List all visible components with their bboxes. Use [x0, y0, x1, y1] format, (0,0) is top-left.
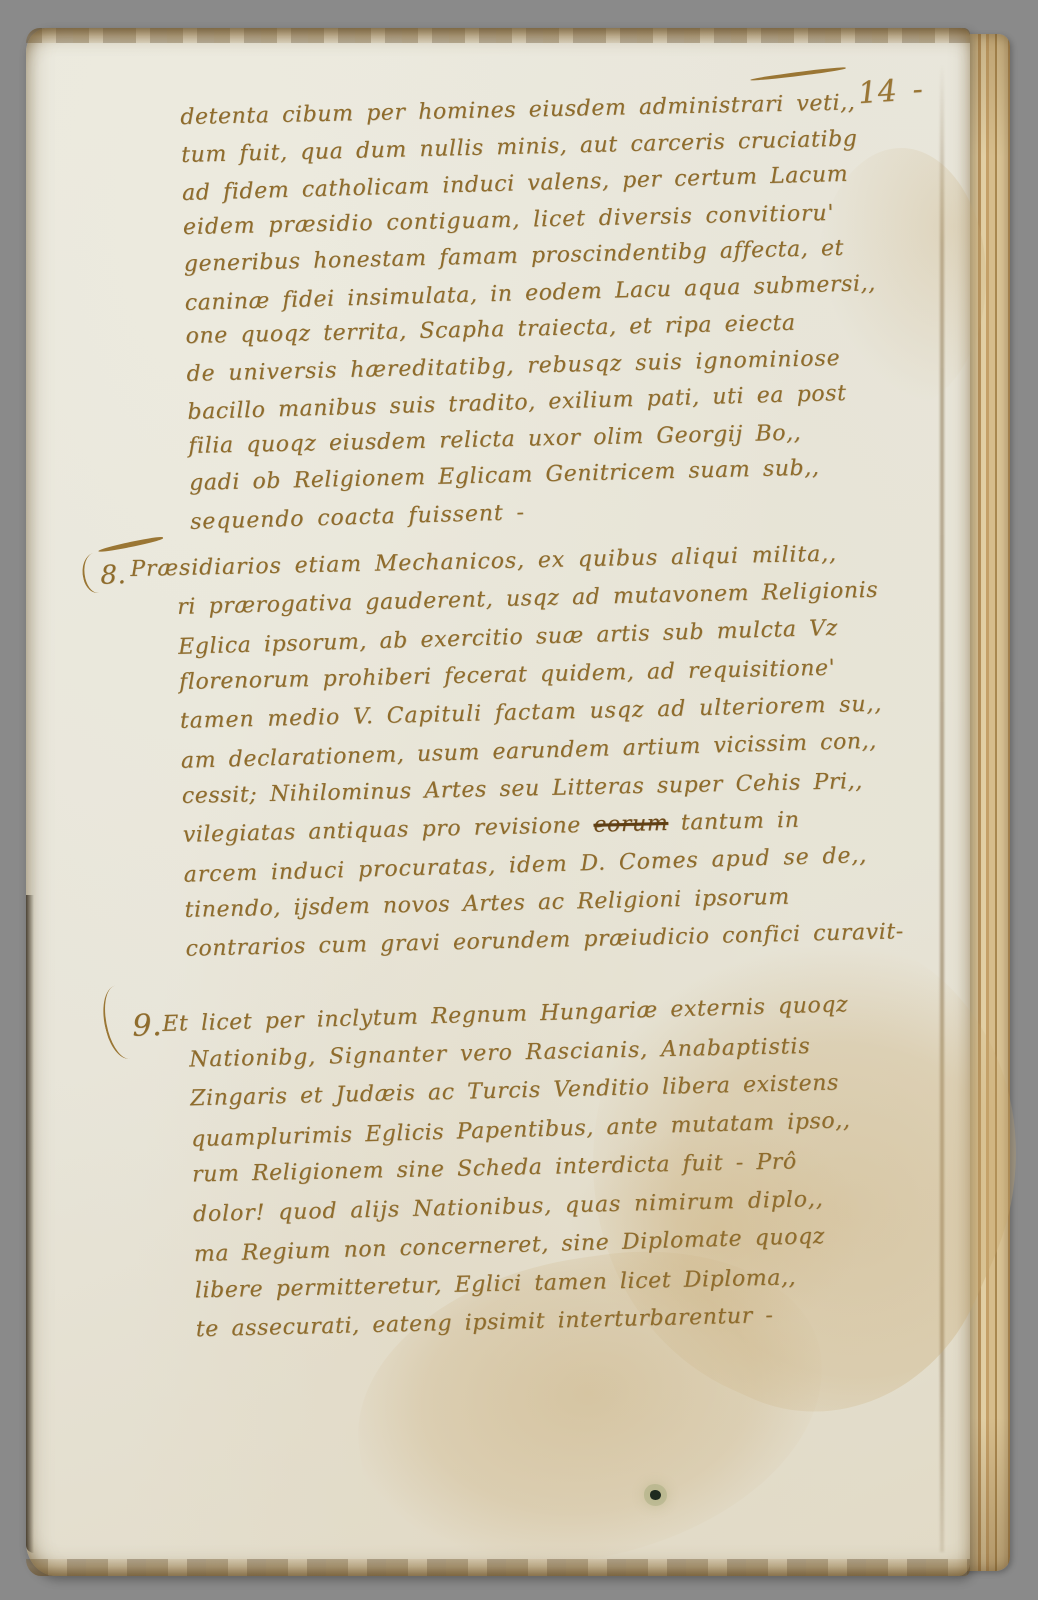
paragraph-continuation: detenta cibum per homines eiusdem admini…: [180, 89, 882, 544]
page-bottom-deckled-edge: [26, 1559, 970, 1576]
photograph-background: 14 - detenta cibum per homines eiusdem a…: [0, 0, 1038, 1600]
ink-blot: [650, 1490, 661, 1500]
struck-through-word: eorum: [593, 811, 668, 838]
paragraph-number: 9.: [132, 1008, 163, 1044]
page-top-deckled-edge: [26, 28, 970, 43]
page-left-edge-shadow: [26, 895, 34, 1553]
manuscript-text: tantum in: [668, 808, 800, 836]
pen-flourish: [98, 536, 164, 554]
pen-flourish: [750, 66, 846, 81]
page-right-crease: [940, 64, 944, 1552]
manuscript-page: 14 - detenta cibum per homines eiusdem a…: [26, 28, 970, 1576]
paragraph-9: 9. Et licet per inclytum Regnum Hungariæ…: [162, 993, 856, 1356]
paragraph-8: 8. Præsidiarios etiam Mechanicos, ex qui…: [130, 539, 904, 976]
paragraph-number: 8.: [100, 560, 127, 591]
